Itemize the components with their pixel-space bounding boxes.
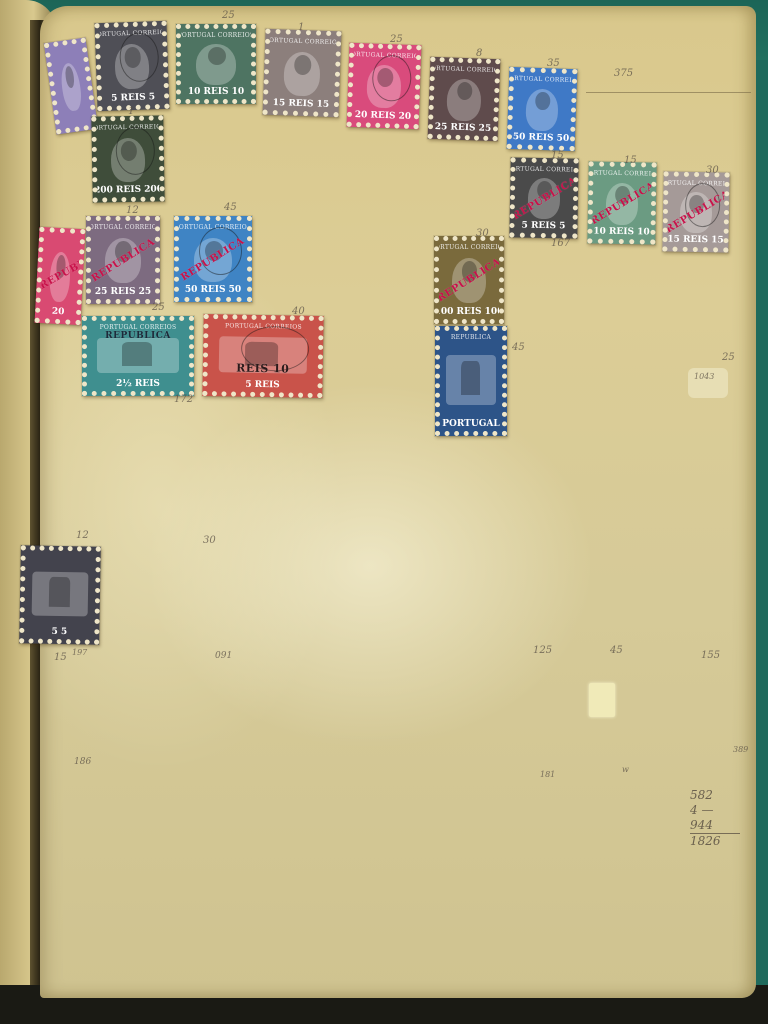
tally-line: 582 (690, 788, 740, 803)
stamp-country: PORTUGAL CORREIOS (509, 165, 578, 173)
price-note: 389 (733, 745, 748, 754)
price-note: 15 (54, 652, 67, 663)
stamp-value: 200 REIS 200 (94, 184, 163, 195)
price-note: 45 (610, 645, 623, 656)
stamp-country: PORTUGAL CORREIOS (428, 65, 501, 75)
stamp-value: 100 REIS 100 (435, 307, 504, 317)
stamp: PORTUGAL CORREIOS100 REIS 100REPUBLICA (434, 236, 504, 324)
stamp-value: 5 5 (51, 627, 67, 637)
price-note: 12 (76, 530, 89, 541)
postmark-cancel (115, 127, 155, 175)
stamp-value: 25 REIS 25 (95, 287, 151, 297)
stamp-value: 50 REIS 50 (513, 132, 570, 144)
price-note: 1 (298, 22, 304, 33)
stamp: PORTUGAL CORREIOS10 REIS 10REPUBLICA (587, 161, 656, 244)
price-note: 40 (292, 306, 305, 317)
stamp: PORTUGAL CORREIOS5 REIS 5 (94, 21, 169, 111)
stamp-country: PORTUGAL CORREIOS (587, 169, 656, 177)
price-note: 30 (706, 165, 719, 176)
stamp-country: PORTUGAL CORREIOS (178, 32, 255, 39)
stamp: PORTUGAL CORREIOS5 REIS 5REPUBLICA (509, 157, 578, 238)
price-note: 181 (540, 770, 555, 779)
stamp-value: 5 REIS (245, 380, 280, 391)
price-note: 30 (476, 228, 489, 239)
stamp: PORTUGAL CORREIOS15 REIS 15 (263, 29, 342, 118)
price-note: 35 (547, 58, 560, 69)
price-note: 186 (74, 757, 91, 767)
price-note: 25 (390, 34, 403, 45)
stamp-country: PORTUGAL CORREIOS (86, 224, 160, 231)
price-note: 25 (152, 302, 165, 313)
stamp-value: 5 REIS 5 (522, 221, 566, 232)
stamp: PORTUGAL CORREIOS50 REIS 50REPUBLICA (174, 216, 252, 302)
tally-line: 4 — (690, 803, 740, 818)
stamp: PORTUGAL CORREIOS25 REIS 25REPUBLICA (86, 216, 160, 304)
pencil-tally: 582 4 — 944 1826 (690, 788, 740, 849)
stamp-hinge (589, 683, 615, 717)
price-note: 197 (72, 648, 87, 657)
stamp: PORTUGAL CORREIOS10 REIS 10 (176, 24, 256, 104)
stamp: PORTUGAL CORREIOS20 REIS 20 (347, 43, 422, 129)
price-note: 167 (551, 238, 570, 249)
price-note: 125 (533, 645, 552, 656)
stamp-overprint: REIS 10 (202, 361, 323, 376)
stamp-value: 15 REIS 15 (273, 98, 330, 110)
price-note: 155 (701, 650, 720, 661)
stamp-value: 20 REIS 20 (355, 110, 412, 122)
stamp-value: 25 REIS 25 (435, 122, 492, 134)
price-note: 12 (126, 205, 139, 216)
ruled-line (586, 92, 751, 93)
stamp: PORTUGAL CORREIOS50 REIS 50 (507, 67, 578, 151)
stamp-country: PORTUGAL CORREIOS (507, 75, 578, 85)
price-note: 25 (722, 352, 735, 363)
price-note: 15 (624, 155, 637, 166)
price-note: 15 (551, 150, 564, 161)
stamp-overprint: REPUBLICA (82, 331, 194, 341)
price-note: 1 (128, 106, 134, 117)
stamp: PORTUGAL CORREIOS15 REIS 15REPUBLICA (662, 171, 729, 252)
stamp: 20REPUBLICA (35, 227, 86, 325)
tally-line: 944 (690, 818, 740, 833)
stamp-value: 15 REIS 15 (667, 235, 724, 246)
stamp-value: 10 REIS 10 (593, 227, 650, 238)
price-note: 30 (203, 535, 216, 546)
tally-sum: 1826 (690, 833, 740, 849)
stamp: PORTUGAL CORREIOS5 REISREIS 10 (202, 314, 323, 398)
price-note: 45 (512, 342, 525, 353)
stamp-value: PORTUGAL (442, 419, 499, 429)
stamp-value: 50 REIS 50 (185, 285, 241, 295)
price-note: 1043 (694, 372, 714, 381)
stamp-country: PORTUGAL CORREIOS (434, 244, 504, 251)
price-note: 091 (215, 651, 232, 661)
stamp-value: 20 (52, 307, 65, 318)
price-note: 172 (174, 394, 193, 405)
stamp-country: PORTUGAL CORREIOS (265, 37, 342, 47)
price-note: 25 (222, 10, 235, 21)
stamp: PORTUGAL CORREIOS200 REIS 200 (91, 115, 164, 202)
stamp: 5 5 (19, 545, 101, 644)
price-note: w (622, 765, 629, 774)
stamp: PORTUGAL CORREIOS25 REIS 25 (428, 57, 501, 141)
stamp: REPUBLICAPORTUGAL (435, 326, 507, 436)
price-note: 8 (476, 48, 482, 59)
stamp-value: 10 REIS 10 (188, 87, 244, 97)
price-note: 375 (614, 68, 633, 79)
price-note: 45 (224, 202, 237, 213)
stamp-value: 2½ REIS (116, 379, 160, 389)
stamp-country: REPUBLICA (451, 334, 491, 341)
stamp: PORTUGAL CORREIOS2½ REISREPUBLICA (82, 316, 194, 396)
stamp-value: 5 REIS 5 (111, 92, 155, 104)
